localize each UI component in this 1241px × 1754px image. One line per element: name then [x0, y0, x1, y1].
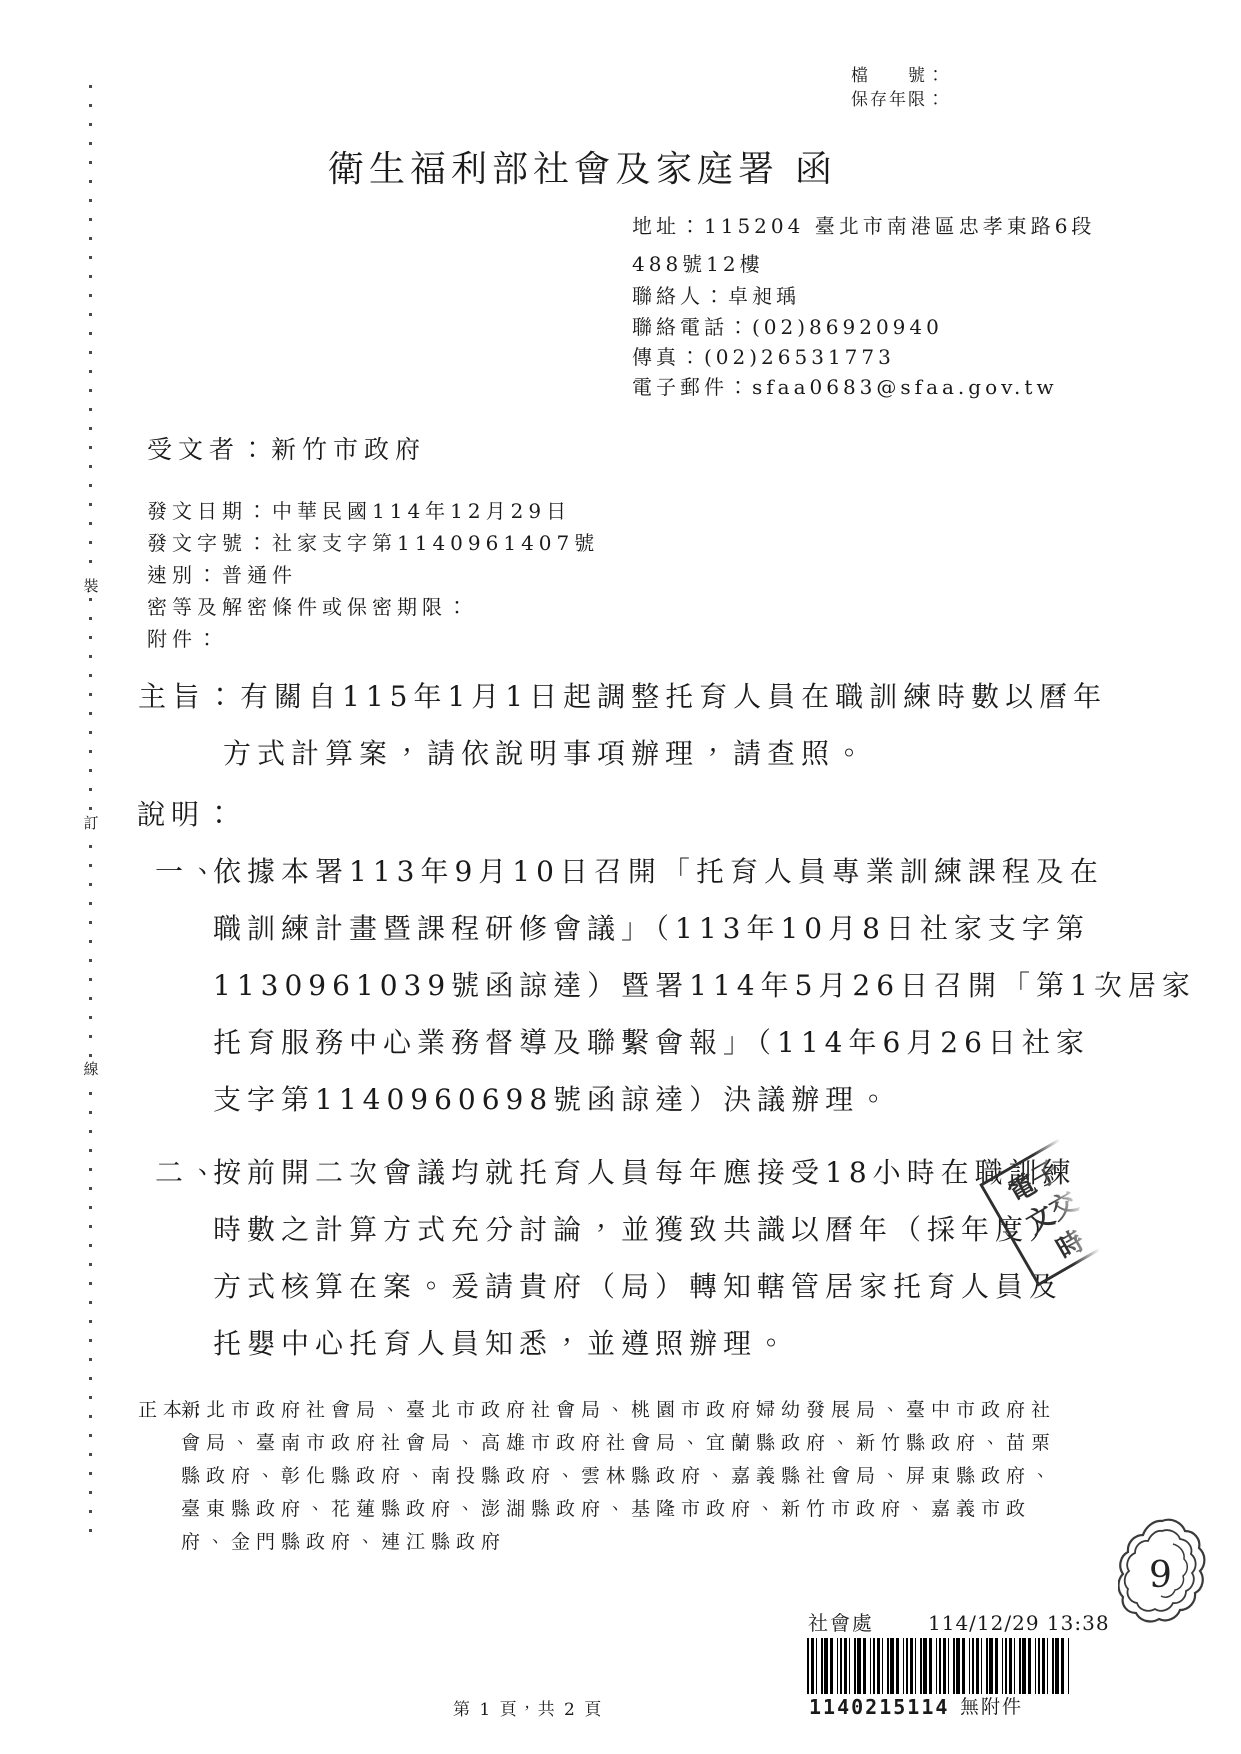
copy-to-line-2: 會局、臺南市政府社會局、高雄市政府社會局、宜蘭縣政府、新竹縣政府、苗栗	[181, 1434, 1056, 1453]
binding-mark-xian: 線	[79, 1058, 103, 1081]
item-one-line-3: 1130961039號函諒達）暨署114年5月26日召開「第1次居家	[213, 972, 1196, 1000]
document-barcode	[807, 1638, 1069, 1694]
item-two-line-4: 托嬰中心托育人員知悉，並遵照辦理。	[213, 1330, 791, 1358]
recipient-line: 受文者：新竹市政府	[147, 437, 426, 462]
item-one-line-5: 支字第1140960698號函諒達）決議辦理。	[213, 1086, 893, 1114]
speed-class-line: 速別：普通件	[147, 565, 297, 585]
subject-line-2: 方式計算案，請依說明事項辦理，請查照。	[223, 740, 869, 768]
sender-phone: 聯絡電話：(02)86920940	[632, 317, 943, 337]
document-title: 衛生福利部社會及家庭署 函	[328, 152, 836, 188]
sender-email: 電子郵件：sfaa0683@sfaa.gov.tw	[632, 377, 1058, 397]
dept-stamp-datetime: 114/12/29 13:38	[928, 1613, 1110, 1633]
item-one-line-1: 依據本署113年9月10日召開「托育人員專業訓練課程及在	[213, 858, 1104, 886]
item-one-line-2: 職訓練計畫暨課程研修會議」（113年10月8日社家支字第	[213, 915, 1090, 943]
copy-to-line-5: 府、金門縣政府、連江縣政府	[181, 1533, 506, 1552]
document-page: 裝 訂 線 檔 號： 保存年限： 衛生福利部社會及家庭署 函 地址：115204…	[0, 0, 1241, 1754]
binding-mark-ding: 訂	[79, 812, 103, 835]
item-one-line-4: 托育服務中心業務督導及聯繫會報」（114年6月26日社家	[213, 1029, 1090, 1057]
sender-address-line-2: 488號12樓	[632, 254, 764, 274]
page-footer: 第 1 頁，共 2 頁	[453, 1702, 603, 1719]
sender-contact-person: 聯絡人：卓昶瑀	[632, 286, 800, 306]
item-two-line-2: 時數之計算方式充分討論，並獲致共識以曆年（採年度）	[213, 1216, 1063, 1244]
page-number-stamp-digit: 9	[1149, 1555, 1172, 1596]
item-two-line-1: 按前開二次會議均就托育人員每年應接受18小時在職訓練	[213, 1159, 1077, 1187]
subject-line-1: 主旨：有關自115年1月1日起調整托育人員在職訓練時數以曆年	[138, 683, 1107, 711]
retention-period-label: 保存年限：	[851, 92, 946, 109]
page-number-circle-stamp: 9	[1118, 1516, 1206, 1626]
doc-number-line: 發文字號：社家支字第1140961407號	[147, 533, 599, 553]
copy-to-line-3: 縣政府、彰化縣政府、南投縣政府、雲林縣政府、嘉義縣社會局、屏東縣政府、	[181, 1467, 1056, 1486]
dept-stamp-name: 社會處	[808, 1613, 874, 1633]
attachment-line: 附件：	[147, 629, 222, 649]
file-number-label: 檔 號：	[851, 68, 946, 85]
item-two-line-3: 方式核算在案。爰請貴府（局）轉知轄管居家托育人員及	[213, 1273, 1063, 1301]
explanation-heading: 說明：	[137, 801, 239, 829]
sender-fax: 傳真：(02)26531773	[632, 347, 895, 367]
copy-to-line-4: 臺東縣政府、花蓮縣政府、澎湖縣政府、基隆市政府、新竹市政府、嘉義市政	[181, 1500, 1031, 1519]
binding-mark-zhuang: 裝	[79, 575, 103, 598]
copy-to-line-1: 新北市政府社會局、臺北市政府社會局、桃園市政府婦幼發展局、臺中市政府社	[181, 1401, 1056, 1420]
issue-date-line: 發文日期：中華民國114年12月29日	[147, 501, 571, 521]
sender-address-line-1: 地址：115204 臺北市南港區忠孝東路6段	[632, 216, 1095, 236]
attachment-note: 無附件	[960, 1698, 1023, 1717]
barcode-number: 1140215114	[809, 1697, 949, 1717]
security-class-line: 密等及解密條件或保密期限：	[147, 597, 472, 617]
